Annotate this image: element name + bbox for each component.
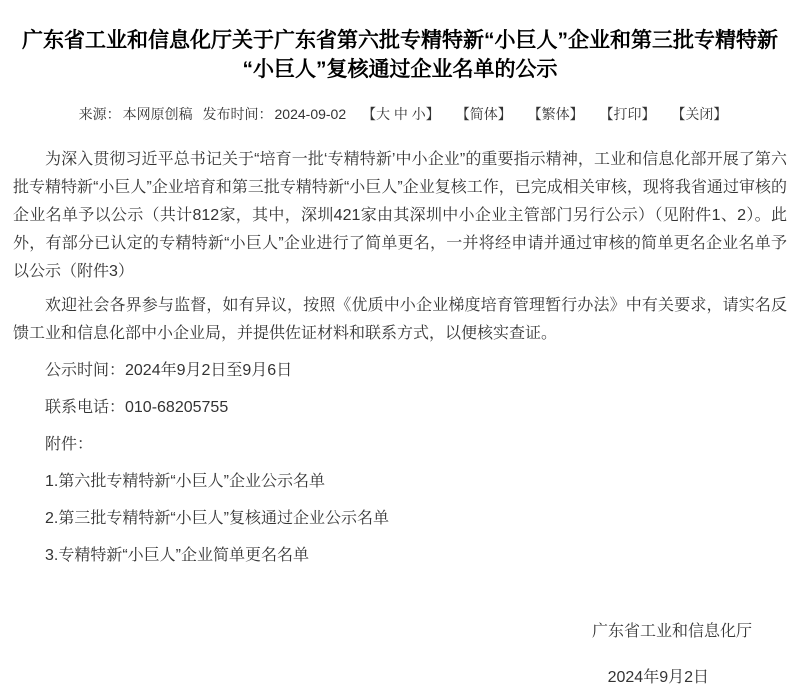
article-body: 为深入贯彻习近平总书记关于“培育一批‘专精特新’中小企业”的重要指示精神，工业和… [0,146,800,688]
attachment-link-3[interactable]: 3.专精特新“小巨人”企业简单更名名单 [13,542,787,570]
attachments-label: 附件： [13,431,787,459]
issuing-authority: 广东省工业和信息化厅 [13,622,787,642]
attachment-link-1[interactable]: 1.第六批专精特新“小巨人”企业公示名单 [13,468,787,496]
signature-block: 广东省工业和信息化厅 2024年9月2日 [13,622,787,688]
issue-date: 2024年9月2日 [13,668,787,688]
print-button[interactable]: 【打印】 [599,104,655,124]
simplified-chinese-button[interactable]: 【简体】 [456,104,512,124]
page-title-line-2: “小巨人”复核通过企业名单的公示 [243,58,558,81]
source-label: 来源： [79,104,121,124]
announcement-page: 广东省工业和信息化厅关于广东省第六批专精特新“小巨人”企业和第三批专精特新 “小… [0,0,800,699]
publish-time-value: 2024-09-02 [275,104,347,124]
body-paragraph-1: 为深入贯彻习近平总书记关于“培育一批‘专精特新’中小企业”的重要指示精神，工业和… [13,146,787,286]
publicity-period: 公示时间：2024年9月2日至9月6日 [13,357,787,385]
traditional-chinese-button[interactable]: 【繁体】 [528,104,584,124]
contact-phone: 联系电话：010-68205755 [13,394,787,422]
font-size-control[interactable]: 【大 中 小】 [362,104,440,124]
publish-time-label: 发布时间： [203,104,273,124]
article-meta-bar: 来源：本网原创稿 发布时间：2024-09-02 【大 中 小】 【简体】 【繁… [0,104,800,124]
page-title-line-1: 广东省工业和信息化厅关于广东省第六批专精特新“小巨人”企业和第三批专精特新 [22,29,778,52]
attachment-link-2[interactable]: 2.第三批专精特新“小巨人”复核通过企业公示名单 [13,505,787,533]
body-paragraph-2: 欢迎社会各界参与监督，如有异议，按照《优质中小企业梯度培育管理暂行办法》中有关要… [13,292,787,348]
close-button[interactable]: 【关闭】 [671,104,727,124]
source-value: 本网原创稿 [123,104,193,124]
page-title: 广东省工业和信息化厅关于广东省第六批专精特新“小巨人”企业和第三批专精特新 “小… [14,26,786,84]
